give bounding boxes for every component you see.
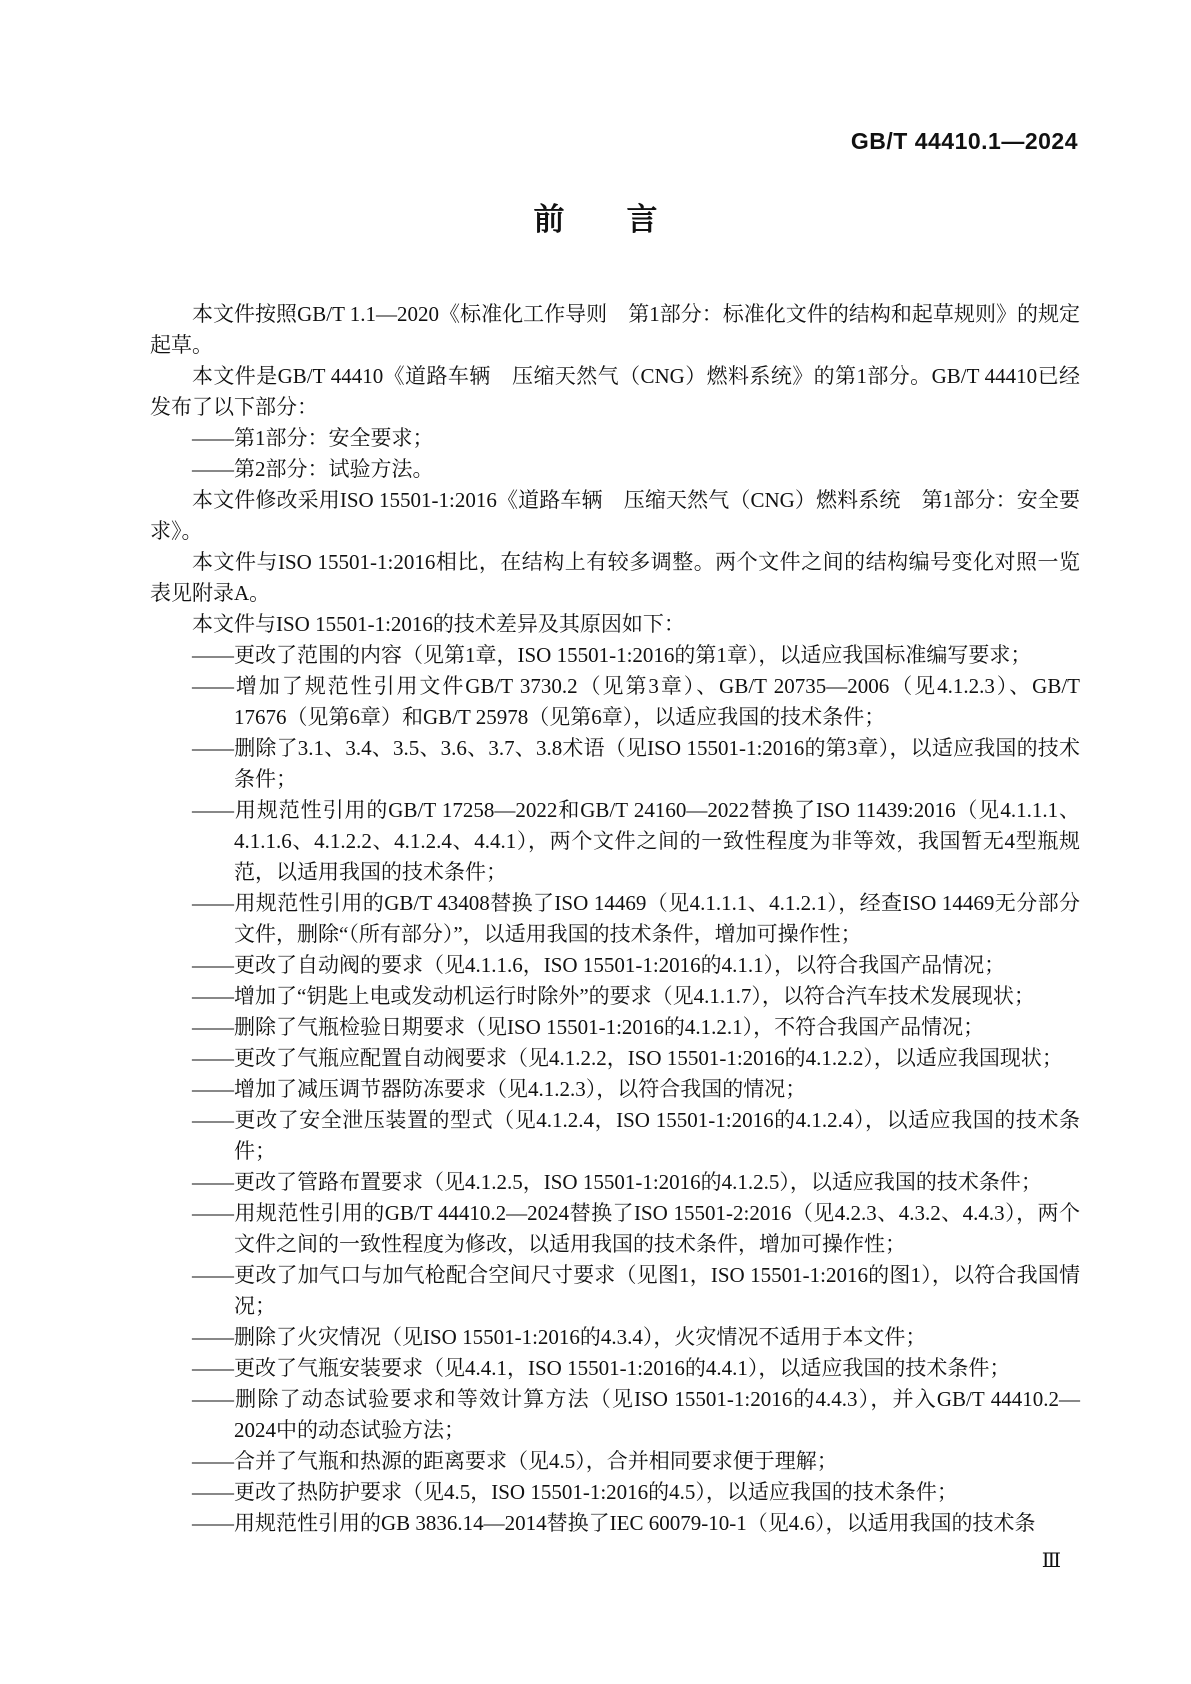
dash-list-item: ——用规范性引用的GB/T 44410.2—2024替换了ISO 15501-2… — [150, 1198, 1080, 1260]
dash-list-item: ——删除了火灾情况（见ISO 15501-1:2016的4.3.4），火灾情况不… — [150, 1322, 1080, 1353]
page-title: 前 言 — [0, 200, 1191, 240]
paragraph: 本文件与ISO 15501-1:2016的技术差异及其原因如下： — [150, 609, 1080, 640]
paragraph: 本文件与ISO 15501-1:2016相比，在结构上有较多调整。两个文件之间的… — [150, 547, 1080, 609]
foreword-body: 本文件按照GB/T 1.1—2020《标准化工作导则 第1部分：标准化文件的结构… — [150, 299, 1080, 1539]
dash-list-item: ——用规范性引用的GB/T 43408替换了ISO 14469（见4.1.1.1… — [150, 888, 1080, 950]
dash-list-item: ——第2部分：试验方法。 — [150, 454, 1080, 485]
dash-list-item: ——增加了减压调节器防冻要求（见4.1.2.3），以符合我国的情况； — [150, 1074, 1080, 1105]
dash-list-item: ——删除了气瓶检验日期要求（见ISO 15501-1:2016的4.1.2.1）… — [150, 1012, 1080, 1043]
standard-document-page: GB/T 44410.1—2024 前 言 本文件按照GB/T 1.1—2020… — [0, 0, 1191, 1684]
dash-list-item: ——更改了气瓶安装要求（见4.4.1，ISO 15501-1:2016的4.4.… — [150, 1353, 1080, 1384]
dash-list-item: ——更改了管路布置要求（见4.1.2.5，ISO 15501-1:2016的4.… — [150, 1167, 1080, 1198]
dash-list-item: ——删除了3.1、3.4、3.5、3.6、3.7、3.8术语（见ISO 1550… — [150, 733, 1080, 795]
dash-list-item: ——第1部分：安全要求； — [150, 423, 1080, 454]
dash-list-item: ——增加了规范性引用文件GB/T 3730.2（见第3章）、GB/T 20735… — [150, 671, 1080, 733]
paragraph: 本文件是GB/T 44410《道路车辆 压缩天然气（CNG）燃料系统》的第1部分… — [150, 361, 1080, 423]
dash-list-item: ——更改了气瓶应配置自动阀要求（见4.1.2.2，ISO 15501-1:201… — [150, 1043, 1080, 1074]
dash-list-item: ——更改了自动阀的要求（见4.1.1.6，ISO 15501-1:2016的4.… — [150, 950, 1080, 981]
dash-list-item: ——用规范性引用的GB 3836.14—2014替换了IEC 60079-10-… — [150, 1508, 1080, 1539]
dash-list-item: ——删除了动态试验要求和等效计算方法（见ISO 15501-1:2016的4.4… — [150, 1384, 1080, 1446]
dash-list-item: ——更改了安全泄压装置的型式（见4.1.2.4，ISO 15501-1:2016… — [150, 1105, 1080, 1167]
paragraph: 本文件按照GB/T 1.1—2020《标准化工作导则 第1部分：标准化文件的结构… — [150, 299, 1080, 361]
paragraph: 本文件修改采用ISO 15501-1:2016《道路车辆 压缩天然气（CNG）燃… — [150, 485, 1080, 547]
dash-list-item: ——更改了范围的内容（见第1章，ISO 15501-1:2016的第1章），以适… — [150, 640, 1080, 671]
page-number: Ⅲ — [1042, 1548, 1061, 1573]
dash-list-item: ——用规范性引用的GB/T 17258—2022和GB/T 24160—2022… — [150, 795, 1080, 888]
dash-list-item: ——更改了加气口与加气枪配合空间尺寸要求（见图1，ISO 15501-1:201… — [150, 1260, 1080, 1322]
dash-list-item: ——更改了热防护要求（见4.5，ISO 15501-1:2016的4.5），以适… — [150, 1477, 1080, 1508]
standard-number: GB/T 44410.1—2024 — [851, 128, 1078, 155]
dash-list-item: ——合并了气瓶和热源的距离要求（见4.5），合并相同要求便于理解； — [150, 1446, 1080, 1477]
dash-list-item: ——增加了“钥匙上电或发动机运行时除外”的要求（见4.1.1.7），以符合汽车技… — [150, 981, 1080, 1012]
